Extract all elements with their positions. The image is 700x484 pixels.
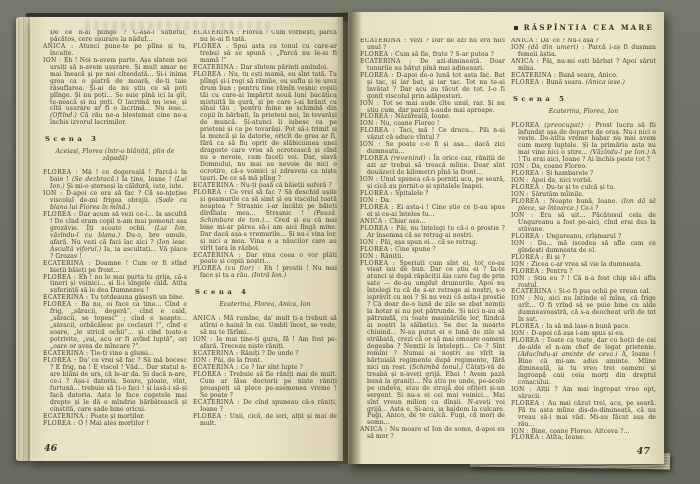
speaker-name: ECATERINA : [193, 252, 246, 259]
speaker-name: ION (dă din umeri) : [511, 44, 588, 51]
dialogue-line: ION (dă din umeri) : Parcă i-aș fi dușma… [511, 45, 656, 59]
speaker-name: FLOREA : [511, 337, 547, 344]
dialogue-line: FLOREA : D-apoi de-o lună tot asta fac. … [360, 73, 505, 101]
dialogue-line: FLOREA : Dar acum să vezi ce-i... Ia asc… [43, 212, 187, 261]
speaker-name: ION : [511, 177, 531, 184]
dialogue-line: FLOREA : Taci, mă ! Ce dracu... Păi n-ai… [360, 128, 505, 142]
dialogue-line: ECATERINA : De azi-dimineață. Doar tunur… [360, 59, 505, 73]
page-fore-edge-left [16, 17, 31, 461]
speaker-name: ANICA : [360, 218, 389, 225]
speaker-name: FLOREA (preocupat) : [511, 122, 595, 129]
speaker-name: ECATERINA : [193, 364, 241, 371]
page-right: RĂSPÎNTIA CEA MARE ECATERINA : Vezi ? Da… [348, 12, 664, 464]
speaker-name: FLOREA : [193, 189, 230, 196]
speaker-name: FLOREA : [360, 51, 395, 58]
dialogue-line: ION : Ia mai ține-ți gura, fă ! Am fost … [193, 337, 337, 351]
speaker-name: FLOREA : [360, 113, 395, 120]
speaker-name: FLOREA : [43, 301, 81, 308]
speaker-name: FLOREA : [360, 190, 395, 197]
speaker-name: FLOREA : [360, 260, 400, 267]
dialogue-line: FLOREA : Noapte bună, Ioane. (Ion dă să … [511, 199, 656, 213]
dialogue-line: FLOREA : Ba nu, oi face ca tine... Cînd … [43, 302, 187, 351]
dialogue-line: ION : Nu, aici nu întinde el mîna, că fr… [511, 296, 656, 324]
speaker-name: ECATERINA : [193, 64, 241, 71]
speaker-name: ECATERINA : [511, 288, 559, 295]
speaker-name: ECATERINA : [360, 58, 420, 65]
dialogue-line: FLOREA (preocupat) : Prost lucru să fii … [511, 123, 656, 165]
dialogue-line: FLOREA : Eh ! nu le mai purta tu grija, … [43, 275, 187, 296]
dialogue-line: FLOREA : Ce vrei să fac ? Să deschid uși… [193, 190, 337, 253]
dialogue-line: FLOREA : Atîta, Ioane. [511, 435, 656, 440]
speaker-name: FLOREA : [193, 371, 229, 378]
speaker-name: FLOREA : [511, 233, 546, 240]
speaker-name: FLOREA : [43, 274, 79, 281]
dialogue-line: ION : Știu eu ? ! Că n-a fost chip să-i … [511, 276, 656, 290]
speaker-name: ANICA : [193, 315, 224, 322]
dialogue-line: FLOREA : Unii, cică, de ieri, alții și m… [193, 414, 337, 428]
dialogue-line: ANICA : Atunci pune-te pe plîns și tu, î… [43, 44, 187, 58]
speaker-name: FLOREA : [511, 323, 546, 330]
speaker-name: FLOREA : [43, 169, 82, 176]
speaker-name: ION : [511, 428, 531, 435]
dialogue-line: FLOREA : Toate ca toate, dar cu hoții de… [511, 338, 656, 387]
speaker-name: FLOREA : [511, 184, 546, 191]
dialogue-line: FLOREA : Trebuie să fie răniți mai de mu… [193, 372, 337, 400]
left-page-column-1: De ce n-ai plînge ? C-așa-i sufletul, pă… [43, 30, 187, 435]
right-page-text-area: ECATERINA : Vezi ? Dar de azi nu era nic… [360, 38, 656, 440]
speaker-name: FLOREA : [193, 71, 229, 78]
speaker-name: FLOREA : [360, 225, 396, 232]
speaker-name: ECATERINA : [360, 38, 410, 44]
scene-heading: Scena 5 [513, 96, 656, 103]
speaker-name: ECATERINA : [193, 350, 241, 357]
speaker-name: FLOREA (cu fior) : [193, 265, 264, 272]
page-left: De ce n-ai plînge ? C-așa-i sufletul, pă… [30, 17, 343, 461]
speaker-name: ANICA : [360, 426, 390, 433]
dialogue-line: ECATERINA : Doamne ! Cum or fi stînd bie… [43, 261, 187, 275]
speaker-name: ECATERINA : [193, 30, 242, 36]
speaker-name: ECATERINA : [511, 72, 559, 79]
dialogue-line: FLOREA (revenind) : În orice caz, răniți… [360, 156, 505, 177]
speaker-name: FLOREA : [193, 413, 230, 420]
speaker-name: ION : [511, 163, 531, 170]
right-page-column-2: ANICA : Da' ce ? Nu-i așa ?ION (dă din u… [511, 38, 656, 440]
page-number-left: 46 [44, 443, 57, 454]
speaker-name: ION : [193, 336, 216, 343]
dialogue-line: FLOREA : O ! Mai ales morților ! [43, 421, 187, 428]
speaker-name: ION : [360, 100, 383, 107]
speaker-name: FLOREA : [511, 434, 546, 440]
dialogue-line: ANICA : Mă rumîne, da' mult ți-a trebuit… [193, 316, 337, 337]
speaker-name: ION : [511, 295, 534, 302]
scene-heading: Scena 4 [195, 289, 337, 296]
speaker-name: FLOREA : [511, 79, 546, 86]
right-page-column-1: ECATERINA : Vezi ? Dar de azi nu era nic… [360, 38, 505, 440]
scene-heading: Scena 3 [45, 136, 187, 143]
speaker-name: ECATERINA : [43, 294, 91, 301]
speaker-name: FLOREA : [511, 268, 546, 275]
speaker-name: ION : [360, 197, 380, 204]
dialogue-line: ANICA : Nu moare el Ion de somn, d-apoi … [360, 427, 505, 440]
speaker-name: ION : [43, 57, 64, 64]
speaker-name: ION : [360, 141, 386, 148]
dialogue-line: ION : D-apoi ce era să fac ? Că se-nțeți… [43, 191, 187, 212]
stage-direction: Ecaterina, Florea, Ion [511, 109, 656, 116]
speaker-name: ECATERINA : [193, 399, 243, 406]
dialogue-line: ION : Tot se mai aude cîte unul, rar. Și… [360, 101, 505, 115]
dialogue-line: ANICA : Păi, nu-mi ești bărbat ? Apoi să… [511, 59, 656, 73]
book-spread: De ce n-ai plînge ? C-așa-i sufletul, pă… [16, 8, 672, 470]
speaker-name: ION : [360, 120, 380, 127]
dialogue-line: FLOREA : Păi, nu înțelegi tu că-i o pros… [360, 226, 505, 240]
dialogue-line: ECATERINA : Florea ! Cum vorbești, parcă… [193, 30, 337, 44]
speaker-name: FLOREA : [511, 170, 546, 177]
speaker-name: ECATERINA : [43, 260, 95, 267]
dialogue-line: ECATERINA : Vezi ? Dar de azi nu era nic… [360, 38, 505, 52]
dialogue-line: FLOREA : Mă ! ce dogoreală ! Parcă-i în … [43, 170, 187, 191]
speaker-name: FLOREA (revenind) : [360, 155, 433, 162]
speaker-name: ION : [193, 357, 213, 364]
speaker-name: ION : [43, 190, 66, 197]
speaker-name: ION : [360, 239, 380, 246]
dialogue-line: FLOREA : Spui asta cu tonul cu care-ar t… [193, 44, 337, 65]
speaker-name: ION : [511, 240, 538, 247]
dialogue-continuation: De ce n-ai plînge ? C-așa-i sufletul, pă… [43, 30, 187, 44]
speaker-name: ION : [360, 176, 381, 183]
speaker-name: ANICA : [511, 58, 542, 65]
speaker-name: ION : [511, 386, 537, 393]
speaker-name: ION : [511, 330, 531, 337]
speaker-name: ION : [511, 261, 531, 268]
speaker-name: FLOREA : [360, 204, 397, 211]
speaker-name: FLOREA : [43, 420, 78, 427]
dialogue-line: ION : Da... mă iscodea să afle cam ce gî… [511, 241, 656, 255]
dialogue-line: ECATERINA : Dar vina ceea o vor plăti po… [193, 253, 337, 267]
speaker-name: ION : [511, 212, 540, 219]
speaker-name: FLOREA : [511, 198, 550, 205]
speaker-name: ION : [511, 191, 531, 198]
left-page-text-area: De ce n-ai plînge ? C-așa-i sufletul, pă… [43, 30, 337, 435]
dialogue-line: FLOREA : Nu, tu ești mamă, eu sînt tată.… [193, 72, 337, 183]
dialogue-line: FLOREA : Da' ce vrei să fac ? Să mă boce… [43, 358, 187, 414]
speaker-name: ION : [360, 253, 380, 260]
speaker-name: ECATERINA : [193, 182, 241, 189]
dialogue-line: FLOREA : Speriați cum sînt ei, tot ce-au… [360, 261, 505, 428]
dialogue-line: ION : Unul spunea că-s porniți acu, pe s… [360, 177, 505, 191]
speaker-name: ECATERINA : [43, 350, 91, 357]
speaker-name: FLOREA : [511, 400, 548, 407]
speaker-name: ION : [511, 275, 534, 282]
speaker-name: FLOREA : [360, 72, 397, 79]
running-head: RĂSPÎNTIA CEA MARE [514, 23, 654, 32]
page-number-right: 47 [637, 446, 650, 457]
stage-direction: Aceiași, Florea (într-o blăniță, plin de… [43, 149, 187, 163]
dialogue-line: ION : Era să uit... Păcătosul cela de Un… [511, 213, 656, 234]
dialogue-line: FLOREA : Au mai căzut trei, acu, pe sear… [511, 401, 656, 429]
speaker-name: FLOREA : [193, 43, 233, 50]
dialogue-line: ION : Alții ? Am mai îngropat vreo opt, … [511, 387, 656, 401]
speaker-name: FLOREA : [511, 254, 546, 261]
dialogue-line: ECATERINA : De cînd spuneau că-s răniți,… [193, 400, 337, 414]
left-page-column-2: ECATERINA : Florea ! Cum vorbești, parcă… [193, 30, 337, 435]
speaker-name: FLOREA : [43, 357, 79, 364]
speaker-name: FLOREA : [360, 127, 399, 134]
book-gutter-shadow [336, 12, 362, 464]
dialogue-line: FLOREA : Ei asta-i ! Cine știe ce ți-au … [360, 205, 505, 219]
speaker-name: FLOREA : [360, 246, 395, 253]
dialogue-line: FLOREA (cu fior) : Eh ! prostii ! Nu mai… [193, 266, 337, 280]
dialogue-line: ION : Eh ! Noi n-avem parte. Așa sîntem … [43, 58, 187, 128]
speaker-name: ANICA : [43, 43, 79, 50]
square-bullet-icon [514, 26, 518, 30]
dialogue-line: ION : Se poate c-o fi și așa... dacă zic… [360, 142, 505, 156]
speaker-name: ECATERINA : [43, 413, 91, 420]
book-title: RĂSPÎNTIA CEA MARE [524, 23, 654, 32]
speaker-name: FLOREA : [43, 211, 79, 218]
ink-showthrough [85, 21, 275, 30]
stage-direction: Ecaterina, Florea, Anica, Ion [193, 302, 337, 309]
dialogue-line: FLOREA : Bună seara. (Anica iese.) [511, 80, 656, 87]
